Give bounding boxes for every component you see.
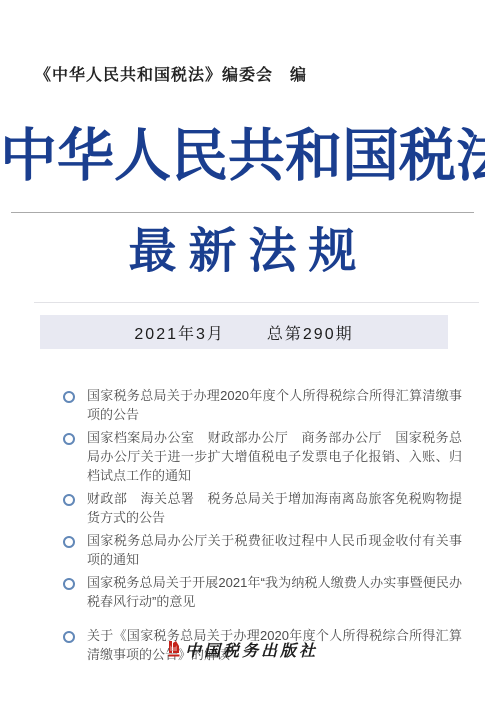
circle-bullet-icon [63, 391, 75, 403]
circle-bullet-icon [63, 433, 75, 445]
contents-item: 国家税务总局关于开展2021年“我为纳税人缴费人办实事暨便民办税春风行动”的意见 [60, 573, 462, 611]
publisher-name: 中国税务出版社 [185, 638, 318, 661]
contents-list: 国家税务总局关于办理2020年度个人所得税综合所得汇算清缴事项的公告 国家档案局… [60, 386, 462, 668]
issue-number: 总第290期 [267, 321, 354, 344]
circle-bullet-icon [63, 494, 75, 506]
circle-bullet-icon [63, 578, 75, 590]
editor-line: 《中华人民共和国税法》编委会 编 [35, 62, 307, 85]
issue-date: 2021年3月 [134, 321, 225, 344]
publisher-line: 中国税务出版社 [0, 638, 485, 661]
contents-item: 财政部 海关总署 税务总局关于增加海南离岛旅客免税购物提货方式的公告 [60, 489, 462, 527]
book-title: 中华人民共和国税法 [0, 126, 485, 189]
contents-item-text: 国家税务总局关于办理2020年度个人所得税综合所得汇算清缴事项的公告 [87, 388, 462, 422]
circle-bullet-icon [63, 536, 75, 548]
divider-line-sub [34, 302, 479, 303]
book-cover: 《中华人民共和国税法》编委会 编 中华人民共和国税法 最新法规 2021年3月 … [0, 0, 485, 720]
contents-item: 国家档案局办公室 财政部办公厅 商务部办公厅 国家税务总局办公厅关于进一步扩大增… [60, 428, 462, 485]
contents-item-text: 财政部 海关总署 税务总局关于增加海南离岛旅客免税购物提货方式的公告 [87, 491, 462, 525]
contents-item-text: 国家档案局办公室 财政部办公厅 商务部办公厅 国家税务总局办公厅关于进一步扩大增… [87, 430, 462, 483]
divider-line-top [11, 212, 474, 213]
contents-item-text: 国家税务总局关于开展2021年“我为纳税人缴费人办实事暨便民办税春风行动”的意见 [87, 575, 462, 609]
book-subtitle: 最新法规 [0, 226, 485, 279]
publisher-logo-icon [167, 640, 181, 660]
contents-item: 国家税务总局办公厅关于税费征收过程中人民币现金收付有关事项的通知 [60, 531, 462, 569]
issue-box: 2021年3月 总第290期 [40, 315, 448, 349]
contents-item: 国家税务总局关于办理2020年度个人所得税综合所得汇算清缴事项的公告 [60, 386, 462, 424]
contents-item-text: 国家税务总局办公厅关于税费征收过程中人民币现金收付有关事项的通知 [87, 533, 462, 567]
